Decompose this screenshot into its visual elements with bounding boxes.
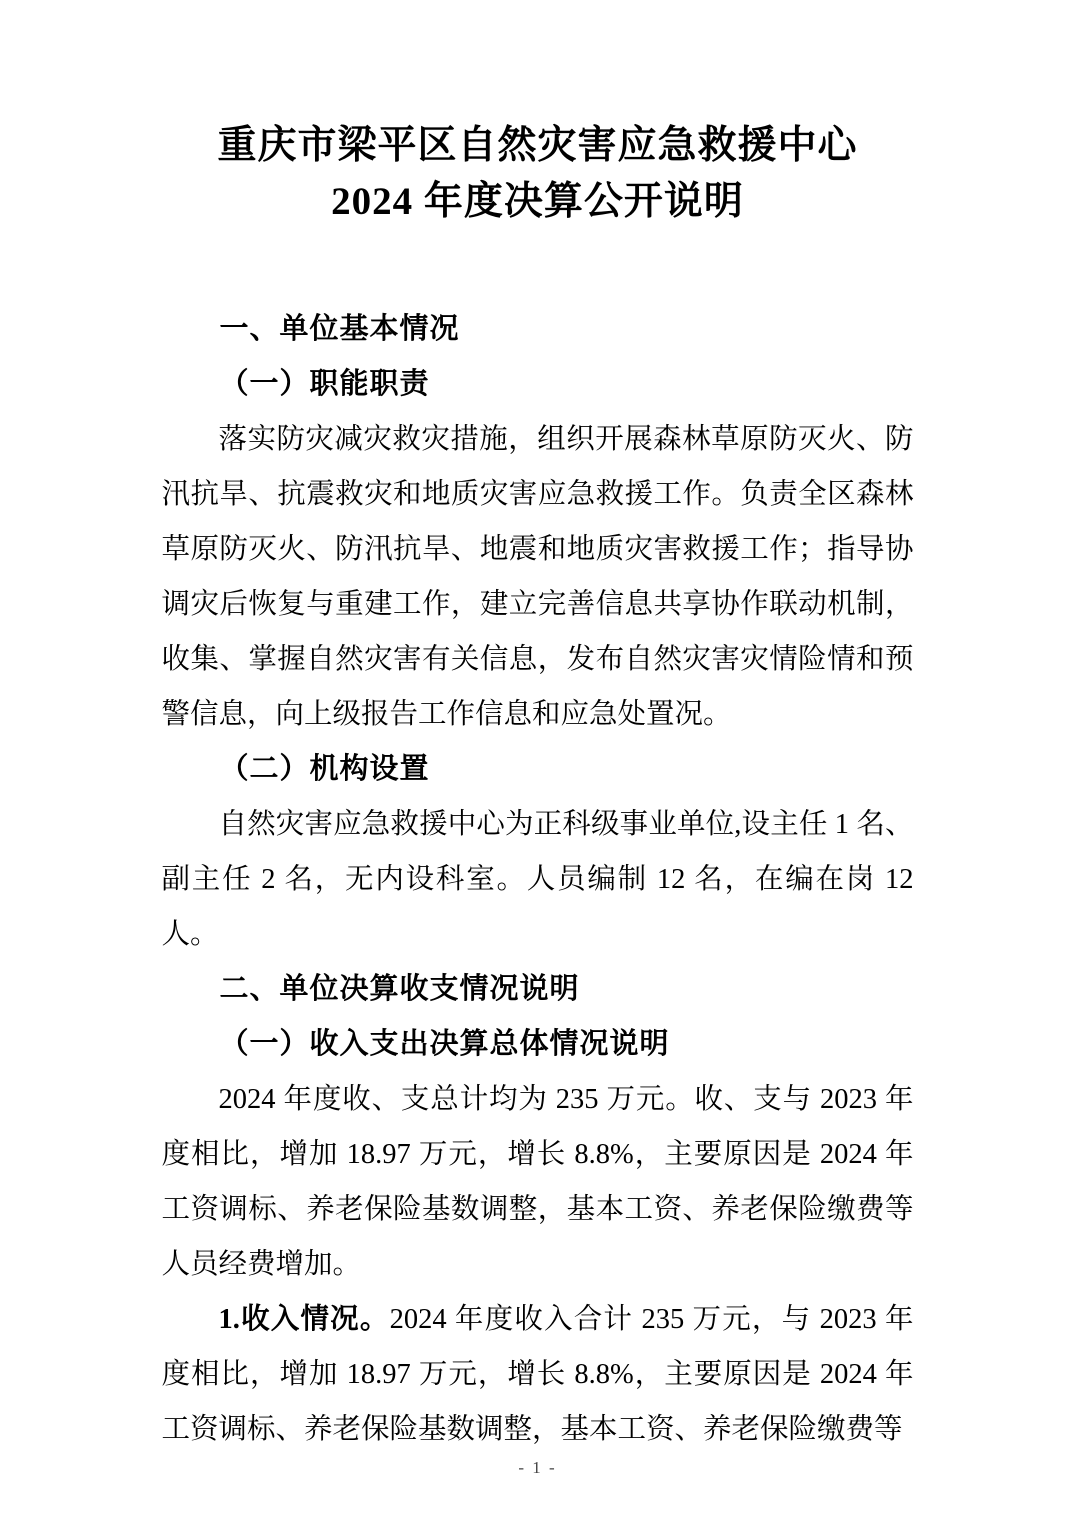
- document-title: 重庆市梁平区自然灾害应急救援中心 2024 年度决算公开说明: [128, 118, 948, 230]
- subsection-heading-2-1: （一）收入支出决算总体情况说明: [162, 1017, 914, 1072]
- paragraph-duties: 落实防灾减灾救灾措施，组织开展森林草原防灭火、防汛抗旱、抗震救灾和地质灾害应急救…: [162, 412, 914, 742]
- paragraph-income-lead: 1.收入情况。: [219, 1304, 390, 1335]
- page-number: - 1 -: [0, 1458, 1075, 1478]
- document-page: 重庆市梁平区自然灾害应急救援中心 2024 年度决算公开说明 一、单位基本情况 …: [0, 0, 1075, 1520]
- document-body: 一、单位基本情况 （一）职能职责 落实防灾减灾救灾措施，组织开展森林草原防灭火、…: [162, 302, 914, 1457]
- section-heading-2: 二、单位决算收支情况说明: [162, 962, 914, 1017]
- subsection-heading-1-1: （一）职能职责: [162, 357, 914, 412]
- document-title-line2: 2024 年度决算公开说明: [128, 174, 948, 230]
- paragraph-budget-overview: 2024 年度收、支总计均为 235 万元。收、支与 2023 年度相比，增加 …: [162, 1072, 914, 1292]
- document-title-line1: 重庆市梁平区自然灾害应急救援中心: [128, 118, 948, 174]
- section-heading-1: 一、单位基本情况: [162, 302, 914, 357]
- paragraph-org-structure: 自然灾害应急救援中心为正科级事业单位,设主任 1 名、副主任 2 名，无内设科室…: [162, 797, 914, 962]
- subsection-heading-1-2: （二）机构设置: [162, 742, 914, 797]
- paragraph-income: 1.收入情况。2024 年度收入合计 235 万元，与 2023 年度相比，增加…: [162, 1292, 914, 1457]
